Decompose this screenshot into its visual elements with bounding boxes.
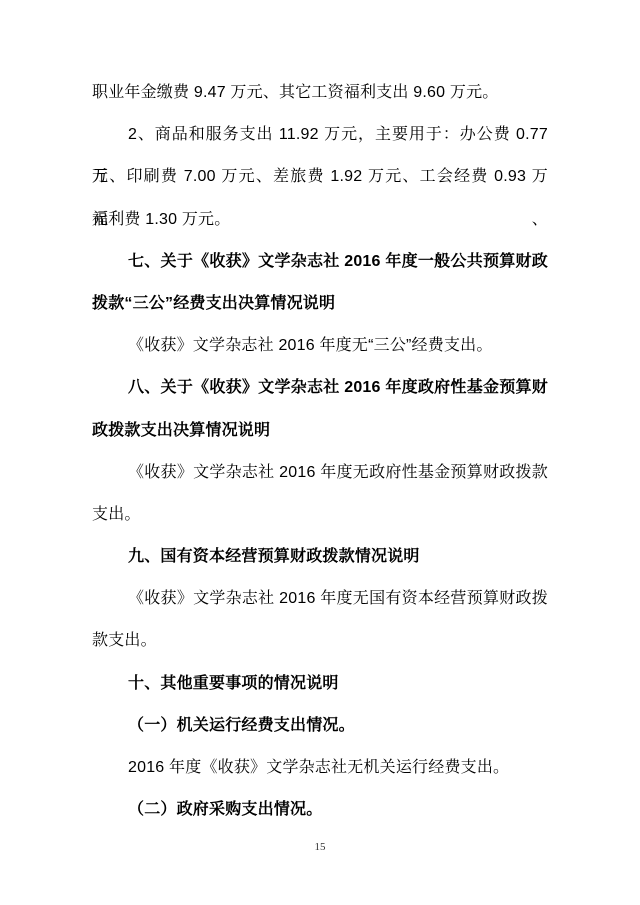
paragraph-line: 《收获》文学杂志社 2016 年度无政府性基金预算财政拨款 bbox=[92, 452, 548, 494]
subsection-heading-line: （二）政府采购支出情况。 bbox=[92, 789, 548, 831]
paragraph-line: 支出。 bbox=[92, 494, 548, 536]
paragraph-line: 2、商品和服务支出 11.92 万元，主要用于：办公费 0.77 万 bbox=[92, 114, 548, 156]
page-number: 15 bbox=[0, 841, 640, 853]
paragraph-line: 《收获》文学杂志社 2016 年度无国有资本经营预算财政拨 bbox=[92, 578, 548, 620]
paragraph-line: 款支出。 bbox=[92, 620, 548, 662]
document-page: 职业年金缴费 9.47 万元、其它工资福利支出 9.60 万元。 2、商品和服务… bbox=[0, 0, 640, 905]
subsection-heading-line: （一）机关运行经费支出情况。 bbox=[92, 705, 548, 747]
section-heading-line: 九、国有资本经营预算财政拨款情况说明 bbox=[92, 536, 548, 578]
paragraph-line: 职业年金缴费 9.47 万元、其它工资福利支出 9.60 万元。 bbox=[92, 72, 548, 114]
section-heading-line: 政拨款支出决算情况说明 bbox=[92, 410, 548, 452]
paragraph-line: 《收获》文学杂志社 2016 年度无“三公”经费支出。 bbox=[92, 325, 548, 367]
paragraph-line: 元、印刷费 7.00 万元、差旅费 1.92 万元、工会经费 0.93 万元、 bbox=[92, 156, 548, 198]
section-heading-line: 十、其他重要事项的情况说明 bbox=[92, 663, 548, 705]
document-body: 职业年金缴费 9.47 万元、其它工资福利支出 9.60 万元。 2、商品和服务… bbox=[92, 72, 548, 831]
paragraph-line: 2016 年度《收获》文学杂志社无机关运行经费支出。 bbox=[92, 747, 548, 789]
section-heading-line: 八、关于《收获》文学杂志社 2016 年度政府性基金预算财 bbox=[92, 367, 548, 409]
section-heading-line: 七、关于《收获》文学杂志社 2016 年度一般公共预算财政 bbox=[92, 241, 548, 283]
section-heading-line: 拨款“三公”经费支出决算情况说明 bbox=[92, 283, 548, 325]
